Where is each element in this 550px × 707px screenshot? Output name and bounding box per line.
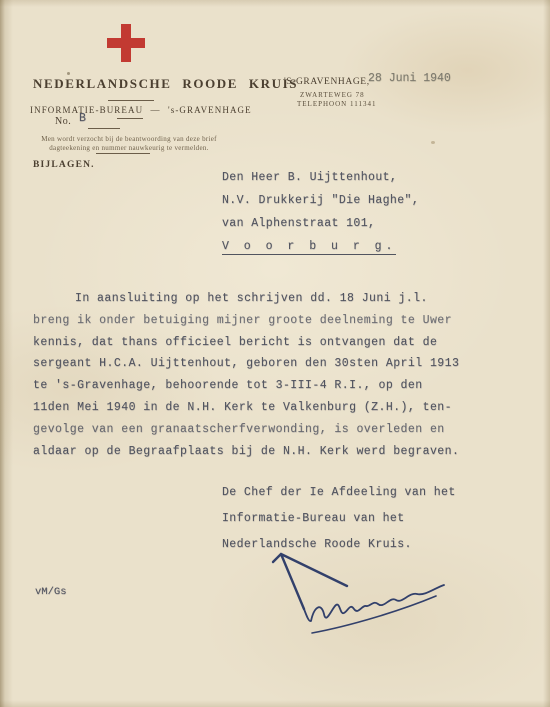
dateline-telephone: TELEPHOON 111341 <box>297 100 376 108</box>
red-cross-horizontal-bar <box>107 38 145 48</box>
note-line-2: dagteekening en nummer nauwkeurig te ver… <box>38 144 220 153</box>
closing-line: Informatie-Bureau van het <box>222 506 456 532</box>
body-line: breng ik onder betuiging mijner groote d… <box>33 310 520 332</box>
recipient-street: van Alphenstraat 101, <box>222 212 419 235</box>
bijlagen-label: BIJLAGEN. <box>33 160 95 170</box>
dateline-street: ZWARTEWEG 78 <box>300 91 365 99</box>
recipient-company: N.V. Drukkerij "Die Haghe", <box>222 189 419 212</box>
recipient-city-text: V o o r b u r g. <box>222 240 396 255</box>
typist-reference: vM/Gs <box>35 586 67 598</box>
organization-name: NEDERLANDSCHE ROODE KRUIS <box>33 76 298 92</box>
number-rule <box>88 128 120 129</box>
letter-page: NEDERLANDSCHE ROODE KRUIS INFORMATIE-BUR… <box>0 0 550 707</box>
body-line: In aansluiting op het schrijven dd. 18 J… <box>33 288 520 310</box>
body-line: 11den Mei 1940 in de N.H. Kerk te Valken… <box>33 397 520 419</box>
note-rule <box>96 153 150 154</box>
body-line: te 's-Gravenhage, behoorende tot 3-III-4… <box>33 375 520 397</box>
body-line: kennis, dat thans officieel bericht is o… <box>33 332 520 354</box>
letterhead-note: Men wordt verzocht bij de beantwoording … <box>38 135 220 152</box>
body-paragraph: In aansluiting op het schrijven dd. 18 J… <box>33 288 520 462</box>
dateline-date: 28 Juni 1940 <box>368 72 451 85</box>
signature <box>250 545 465 645</box>
paper-speck <box>67 72 70 75</box>
red-cross-icon <box>107 24 145 62</box>
paper-speck <box>431 141 435 144</box>
recipient-name: Den Heer B. Uijttenhout, <box>222 166 419 189</box>
closing-line: De Chef der Ie Afdeeling van het <box>222 480 456 506</box>
number-value: B <box>79 112 86 125</box>
letterhead-rule <box>108 100 154 101</box>
bureau-dash-rule <box>117 118 143 119</box>
note-line-1: Men wordt verzocht bij de beantwoording … <box>38 135 220 144</box>
bureau-line: INFORMATIE-BUREAU — 's-GRAVENHAGE <box>30 105 252 115</box>
body-line: gevolge van een granaatscherfverwonding,… <box>33 419 520 441</box>
dateline-city: 'S-GRAVENHAGE, <box>284 77 370 87</box>
recipient-city: V o o r b u r g. <box>222 235 419 258</box>
body-line: aldaar op de Begraafplaats bij de N.H. K… <box>33 441 520 463</box>
number-label: No. <box>55 116 71 127</box>
recipient-address-block: Den Heer B. Uijttenhout, N.V. Drukkerij … <box>222 166 419 258</box>
body-line: sergeant H.C.A. Uijttenhout, geboren den… <box>33 353 520 375</box>
